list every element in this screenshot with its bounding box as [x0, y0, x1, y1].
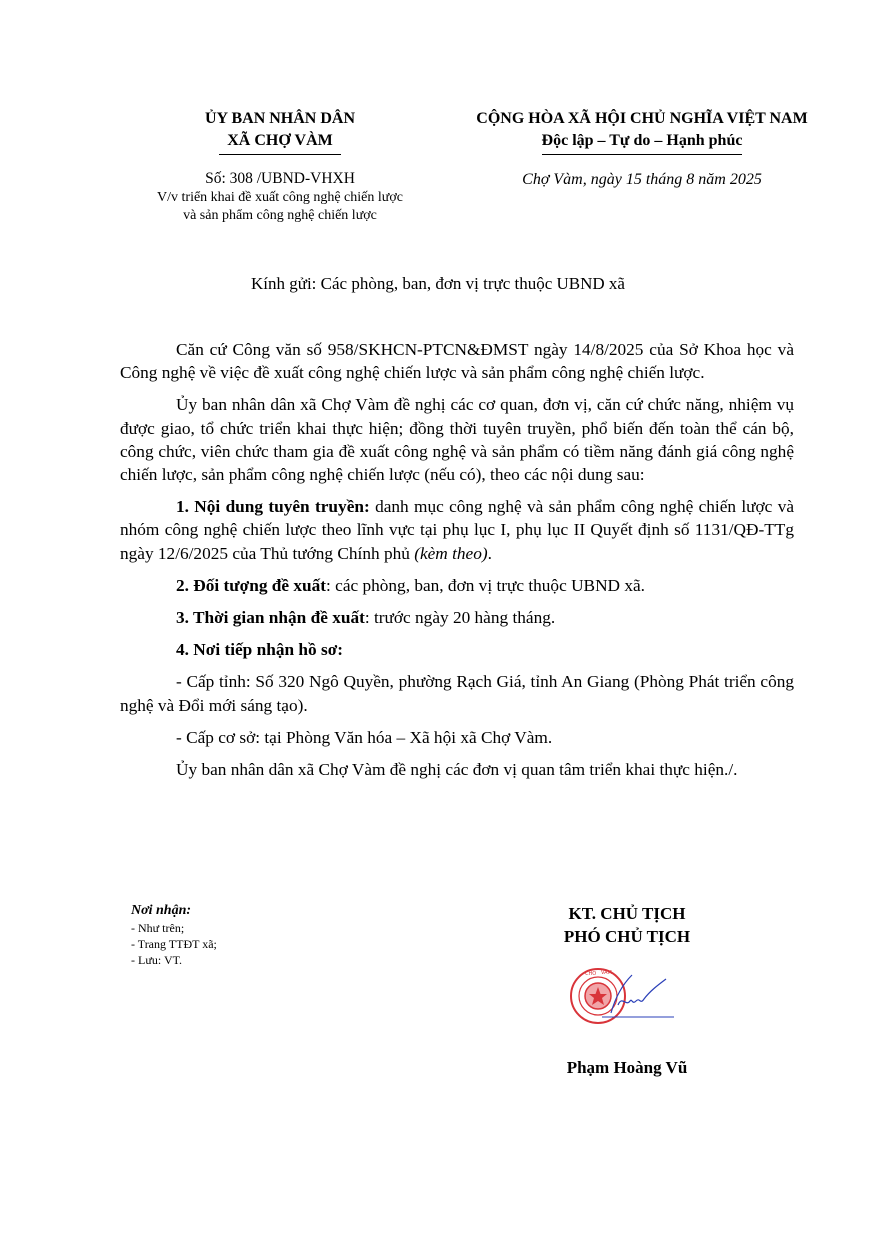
item-4-local: - Cấp cơ sở: tại Phòng Văn hóa – Xã hội …: [120, 726, 794, 749]
signer-authority: KT. CHỦ TỊCH: [520, 902, 734, 925]
svg-text:VAM: VAM: [601, 970, 612, 976]
recipient-item: - Lưu: VT.: [131, 952, 351, 968]
item-2: 2. Đối tượng đề xuất: các phòng, ban, đơ…: [120, 574, 794, 597]
item-4-province: - Cấp tỉnh: Số 320 Ngô Quyền, phường Rạc…: [120, 670, 794, 716]
issuer-block: ỦY BAN NHÂN DÂN XÃ CHỢ VÀM Số: 308 /UBND…: [120, 108, 440, 225]
subject-line-1: V/v triển khai đề xuất công nghệ chiến l…: [120, 189, 440, 207]
official-seal-icon: CHO VAM: [566, 965, 676, 1032]
recipient-item: - Trang TTĐT xã;: [131, 936, 351, 952]
item-3: 3. Thời gian nhận đề xuất: trước ngày 20…: [120, 606, 794, 629]
recipients-title: Nơi nhận:: [131, 902, 351, 920]
item-2-text: : các phòng, ban, đơn vị trực thuộc UBND…: [326, 576, 645, 595]
signer-name: Phạm Hoàng Vũ: [520, 1056, 734, 1079]
document-number: Số: 308 /UBND-VHXH: [120, 169, 440, 189]
item-1-note: (kèm theo): [414, 544, 487, 563]
paragraph-request: Ủy ban nhân dân xã Chợ Vàm đề nghị các c…: [120, 393, 794, 486]
recipient-item: - Như trên;: [131, 920, 351, 936]
place-date: Chợ Vàm, ngày 15 tháng 8 năm 2025: [432, 169, 852, 191]
nation-title: CỘNG HÒA XÃ HỘI CHỦ NGHĨA VIỆT NAM: [432, 108, 852, 130]
document-body: Căn cứ Công văn số 958/SKHCN-PTCN&ĐMST n…: [120, 338, 794, 790]
paragraph-basis: Căn cứ Công văn số 958/SKHCN-PTCN&ĐMST n…: [120, 338, 794, 384]
item-3-label: 3. Thời gian nhận đề xuất: [176, 608, 365, 627]
closing-paragraph: Ủy ban nhân dân xã Chợ Vàm đề nghị các đ…: [120, 758, 794, 781]
recipient-line: Kính gửi: Các phòng, ban, đơn vị trực th…: [0, 272, 876, 296]
national-header: CỘNG HÒA XÃ HỘI CHỦ NGHĨA VIỆT NAM Độc l…: [432, 108, 852, 191]
item-2-label: 2. Đối tượng đề xuất: [176, 576, 326, 595]
national-motto: Độc lập – Tự do – Hạnh phúc: [542, 130, 743, 155]
subject-line-2: và sản phẩm công nghệ chiến lược: [120, 207, 440, 225]
issuer-name: XÃ CHỢ VÀM: [219, 130, 340, 155]
issuer-parent: ỦY BAN NHÂN DÂN: [120, 108, 440, 130]
signer-position: PHÓ CHỦ TỊCH: [520, 925, 734, 948]
item-1: 1. Nội dung tuyên truyền: danh mục công …: [120, 495, 794, 565]
item-1-label: 1. Nội dung tuyên truyền:: [176, 497, 370, 516]
recipients-block: Nơi nhận: - Như trên; - Trang TTĐT xã; -…: [131, 902, 351, 968]
item-3-text: : trước ngày 20 hàng tháng.: [365, 608, 555, 627]
item-4-label: 4. Nơi tiếp nhận hồ sơ:: [176, 640, 343, 659]
svg-text:CHO: CHO: [585, 971, 596, 977]
item-4: 4. Nơi tiếp nhận hồ sơ:: [120, 638, 794, 661]
